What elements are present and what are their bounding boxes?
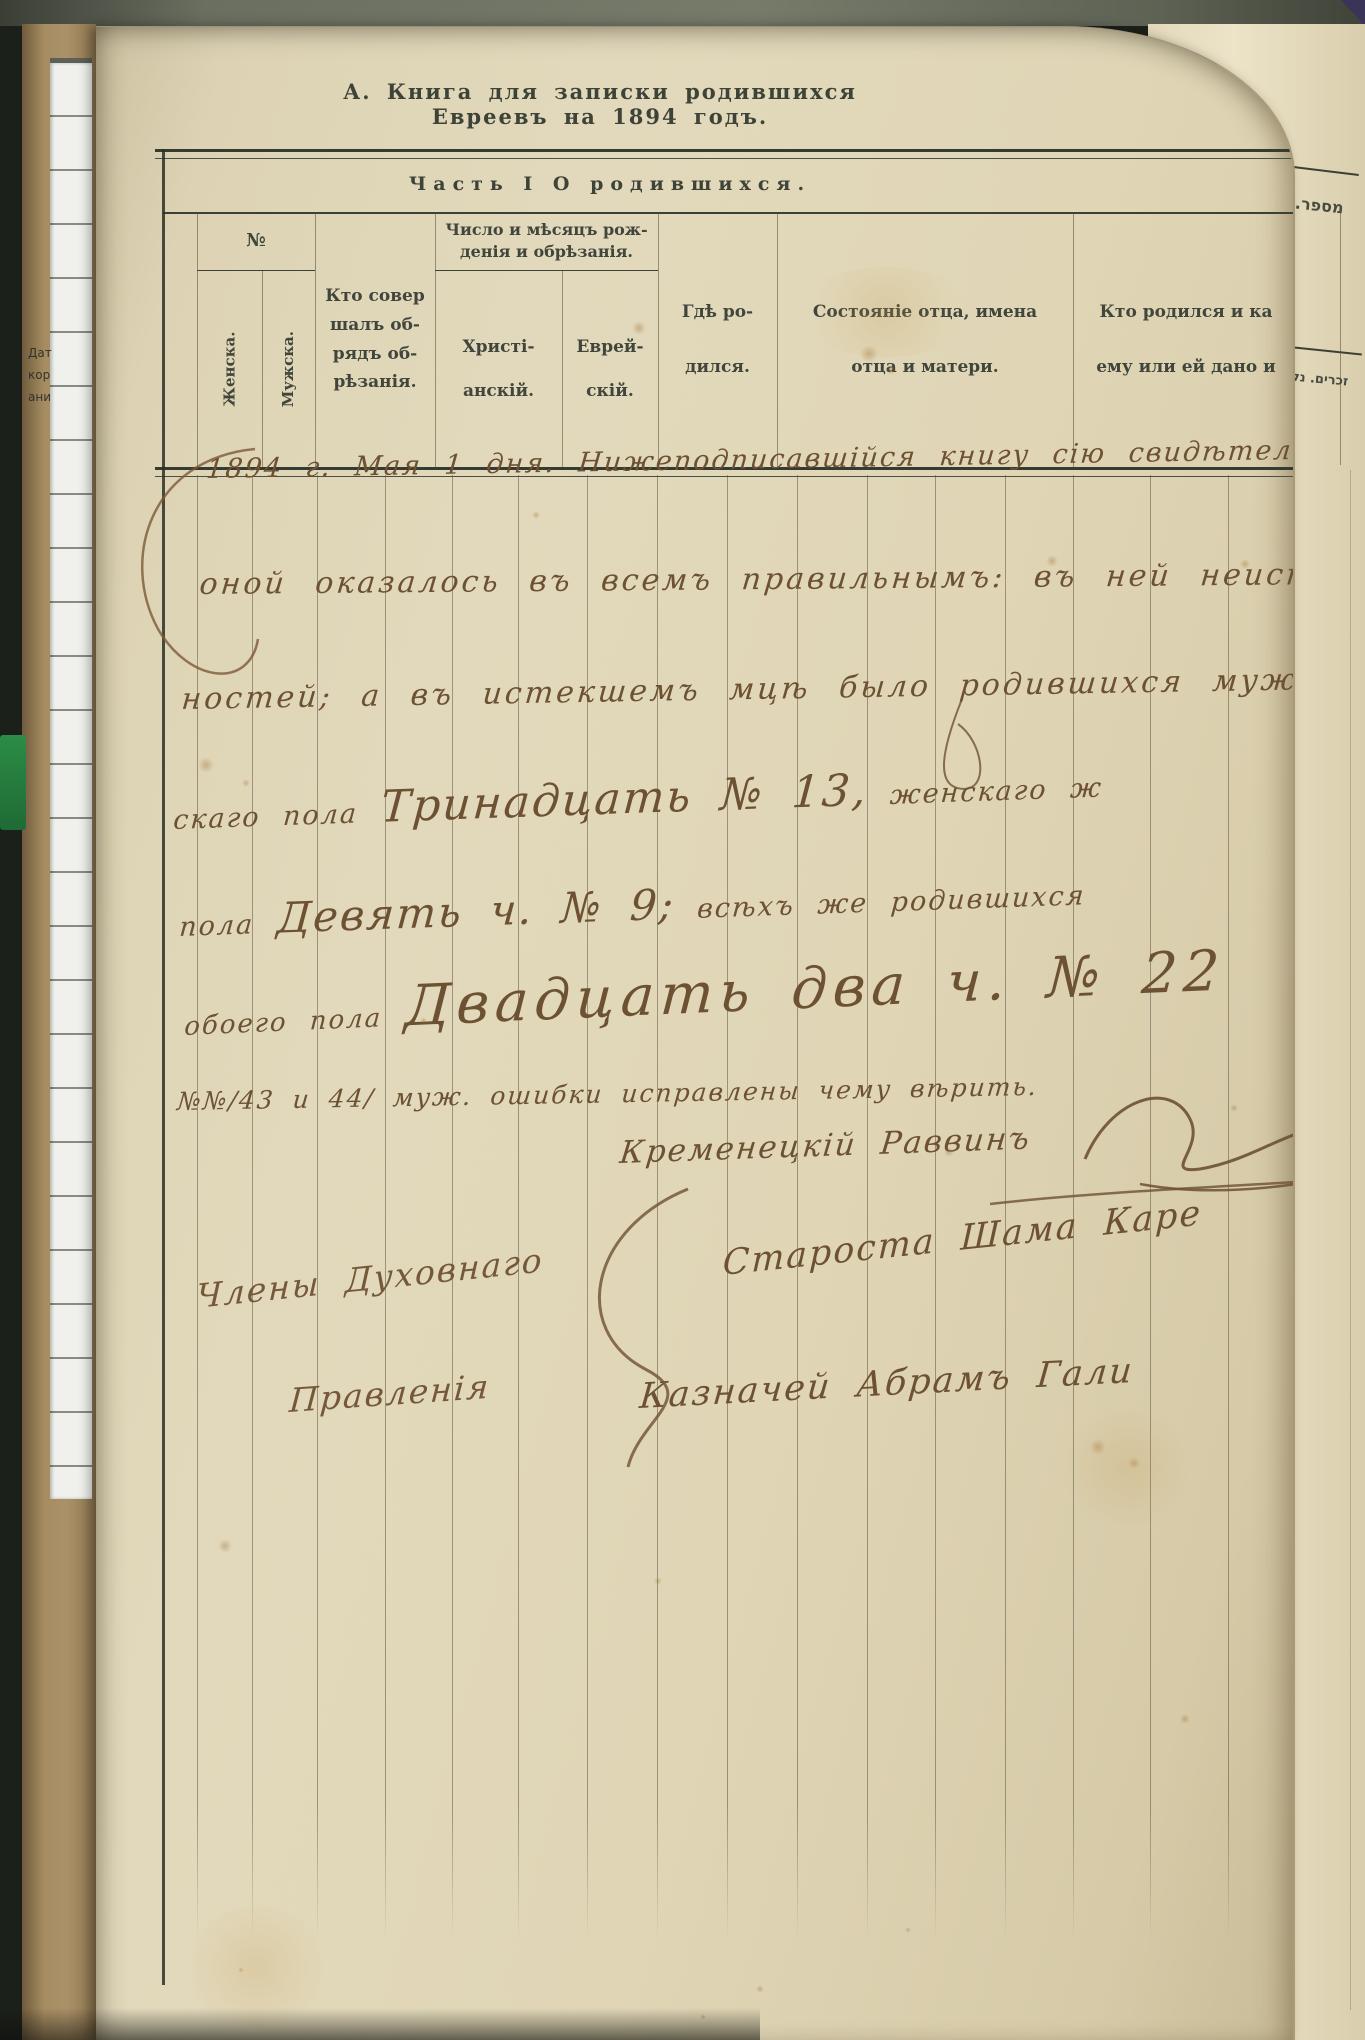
margin-text-fragment: Дат xyxy=(28,346,52,360)
blotch xyxy=(1056,1407,1196,1527)
stain xyxy=(198,757,214,773)
header-column-rule xyxy=(562,271,563,467)
stain xyxy=(756,1985,764,1993)
column-header-where-born: Гдѣ ро- дился. xyxy=(658,212,777,467)
stain xyxy=(632,321,646,335)
stain xyxy=(886,365,896,375)
corner-cloth-fragment xyxy=(1341,0,1365,26)
female-label: Женска. xyxy=(216,331,242,406)
header-column-rule xyxy=(658,212,659,467)
line5-text: пола xyxy=(178,908,278,942)
line6-text: обоего пола xyxy=(183,1002,405,1042)
male-label: Мужска. xyxy=(275,331,301,407)
column-header-male: Мужска. xyxy=(262,271,315,467)
column-header-jewish-date: Еврей- скій. xyxy=(562,271,658,467)
header-column-rule xyxy=(262,271,263,467)
header-column-rule xyxy=(197,212,198,467)
header-column-rule xyxy=(1073,212,1074,467)
stain xyxy=(420,1017,427,1024)
ruled-index-strip xyxy=(50,58,92,1499)
line4-text: женскаго ж xyxy=(866,772,1104,811)
book-top-edge xyxy=(0,0,1365,26)
column-header-number: № xyxy=(197,215,315,267)
margin-text-fragment: ани xyxy=(28,390,51,404)
blotch xyxy=(796,267,976,357)
main-page: А. Книга для записки родившихся Евреевъ … xyxy=(96,26,1295,2040)
line4-text: скаго пола xyxy=(172,798,381,836)
bottom-shadow xyxy=(0,2008,760,2040)
green-cloth-fragment xyxy=(0,735,26,830)
column-header-dates-group: Число и мѣсяцъ рож- денія и обрѣзанія. xyxy=(435,215,658,267)
margin-text-fragment: кор xyxy=(28,368,50,382)
column-header-who-born: Кто родился и ка ему или ей дано и xyxy=(1073,212,1295,467)
stain xyxy=(532,511,540,519)
stain xyxy=(1230,1104,1238,1112)
stain xyxy=(218,1539,232,1553)
stain xyxy=(242,779,250,787)
under-page-rule xyxy=(1340,205,1341,465)
column-header-female: Женска. xyxy=(197,271,262,467)
column-header-who-performed: Кто совер шалъ об- рядъ об- рѣзанія. xyxy=(315,212,435,467)
stain xyxy=(1180,1714,1190,1724)
header-column-rule xyxy=(777,212,778,467)
header-column-rule xyxy=(315,212,316,467)
column-header-christian-date: Христі- анскій. xyxy=(435,271,562,467)
stain xyxy=(944,1147,954,1157)
stain xyxy=(1240,559,1250,569)
scanned-register-page: Дат кор ани מספר. זכרים. נק А. Книга для… xyxy=(0,0,1365,2040)
stain xyxy=(654,1577,662,1585)
page-title: А. Книга для записки родившихся Евреевъ … xyxy=(280,79,920,129)
header-column-rule xyxy=(435,212,436,467)
table-top-border xyxy=(155,149,1293,159)
stain xyxy=(905,1927,911,1933)
stain xyxy=(1046,555,1058,567)
section-heading: Часть I О родившихся. xyxy=(300,173,920,195)
under-page-edge xyxy=(1350,470,1351,2010)
